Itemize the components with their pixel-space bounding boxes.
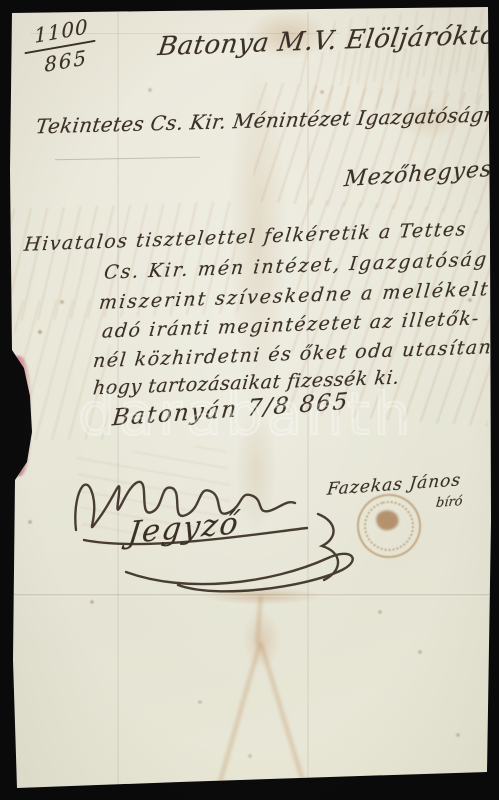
letter-photograph: 1100 865 Batonya M.V. Elöljáróktól Tekin… [0,0,499,800]
wax-seal-remnant [5,356,32,476]
watermark-text: darabanth [78,380,414,448]
signer-title: bíró [435,495,463,510]
